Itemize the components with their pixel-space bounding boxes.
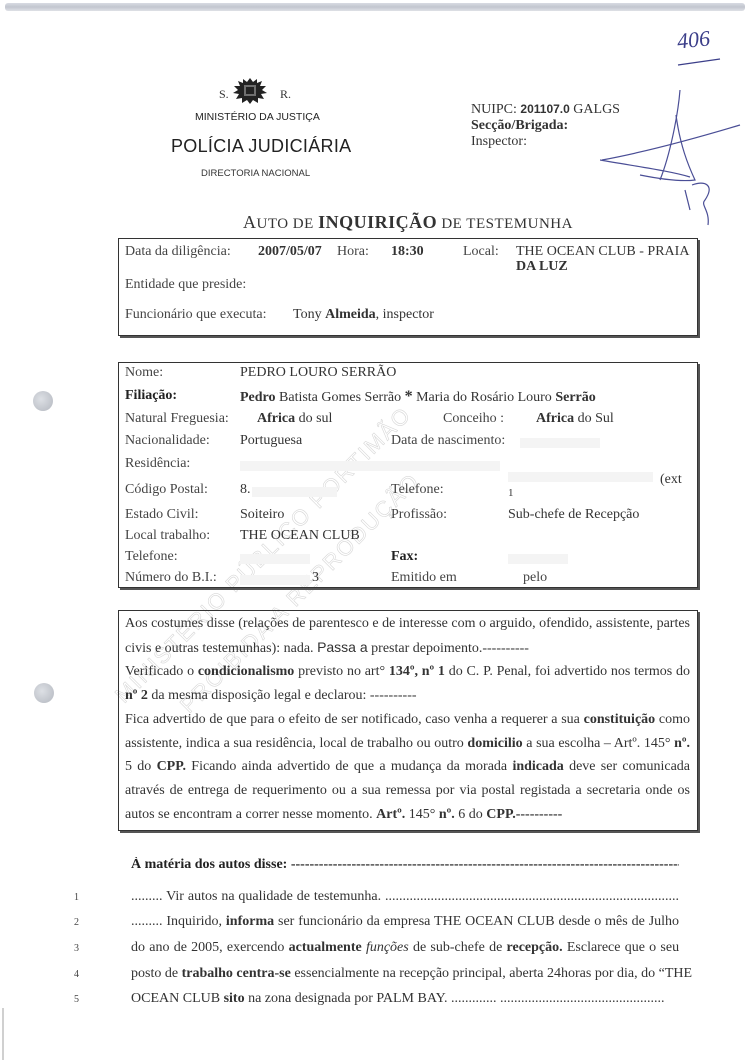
civil-status-value: Soiteiro	[240, 507, 284, 523]
text-run: Passa a	[317, 639, 368, 655]
handwritten-page-number: 406	[676, 25, 712, 54]
text-run: do C. P. Penal, foi advertido nos termos…	[445, 664, 690, 679]
line-number: 5	[74, 994, 79, 1005]
redacted-residence	[240, 461, 500, 471]
testimony-line: ......... Vir autos na qualidade de test…	[131, 889, 679, 905]
phone-label: Telefone:	[391, 482, 444, 498]
name-label: Nome:	[125, 365, 163, 381]
line-number: 2	[74, 917, 79, 928]
residence-label: Residência:	[125, 456, 190, 472]
section-label: Secção/Brigada:	[471, 118, 568, 133]
handwritten-signature	[600, 85, 750, 235]
text-run: 5 do	[125, 759, 157, 774]
time-label: Hora:	[337, 244, 369, 260]
line-number: 1	[74, 892, 79, 903]
text-run: condicionalismo	[198, 664, 294, 679]
text-run: da mesma disposição legal e declarou: --…	[148, 688, 417, 703]
place-value: THE OCEAN CLUB - PRAIA	[516, 244, 689, 260]
text-run: Ficando ainda advertido de que a mudança…	[186, 759, 512, 774]
text-run: a sua escolha – Artº. 145°	[523, 736, 674, 751]
redacted-postal-code	[252, 487, 337, 497]
workplace-value: THE OCEAN CLUB	[240, 528, 360, 544]
phone-ext-value: 1	[508, 487, 514, 499]
document-title: AUTO DE INQUIRIÇÃO DE TESTEMUNHA	[243, 212, 573, 233]
nuipc-line: NUIPC: 201107.0 GALGS	[471, 101, 620, 118]
testimony-line: OCEAN CLUB sito na zona designada por PA…	[131, 991, 679, 1007]
mother-rest: Maria do Rosário Louro	[413, 390, 556, 405]
title-initial: A	[243, 212, 257, 232]
parents-label: Filiação:	[125, 388, 177, 404]
officer-first: Tony	[293, 307, 325, 322]
separator: *	[405, 388, 413, 405]
county-bold: Africa	[536, 411, 574, 426]
profession-value: Sub-chefe de Recepção	[508, 507, 639, 523]
agency-name: POLÍCIA JUDICIÁRIA	[171, 136, 351, 157]
birthdate-label: Data de nascimento:	[391, 433, 505, 449]
redacted-id-number	[240, 575, 310, 585]
conditions-paragraph: Verificado o condicionalismo previsto no…	[125, 660, 690, 707]
officer-label: Funcionário que executa:	[125, 307, 267, 323]
text-run: Fica advertido de que para o efeito de s…	[125, 712, 584, 727]
text-run: 6 do	[455, 807, 487, 822]
profession-label: Profissão:	[391, 507, 447, 523]
text-run: nº.	[674, 736, 690, 751]
officer-role: , inspector	[376, 307, 434, 322]
page-number-underline	[676, 57, 726, 67]
text-run: previsto no art°	[294, 664, 389, 679]
nuipc-number: 201107.0	[520, 102, 569, 116]
name-value: PEDRO LOURO SERRÃO	[240, 365, 396, 381]
nationality-label: Nacionalidade:	[125, 433, 210, 449]
time-value: 18:30	[391, 244, 424, 260]
work-phone-label: Telefone:	[125, 549, 178, 565]
crest-left-letter: S.	[219, 87, 229, 102]
father-first: Pedro	[240, 390, 276, 405]
redacted-fax	[508, 554, 568, 564]
text-run: nº 2	[125, 688, 148, 703]
officer-name: Tony Almeida, inspector	[293, 307, 434, 323]
redacted-phone	[508, 472, 653, 482]
nuipc-label: NUIPC:	[471, 102, 517, 117]
place-value-cont: DA LUZ	[516, 259, 568, 275]
title-part: DE TESTEMUNHA	[437, 216, 573, 232]
parish-rest: do sul	[295, 411, 332, 426]
county-value: Africa do Sul	[536, 411, 614, 427]
parents-value: Pedro Batista Gomes Serrão * Maria do Ro…	[240, 388, 596, 406]
postal-label: Código Postal:	[125, 482, 208, 498]
officer-last: Almeida	[325, 307, 376, 322]
text-run: CPP.	[157, 759, 186, 774]
legal-warnings-text: Aos costumes disse (relações de parentes…	[125, 612, 690, 826]
county-label: Conceiho :	[443, 411, 504, 427]
text-run: 134º, nº 1	[389, 664, 445, 679]
text-run: nº.	[439, 807, 455, 822]
parish-bold: Africa	[257, 411, 295, 426]
county-rest: do Sul	[574, 411, 614, 426]
presiding-label: Entidade que preside:	[125, 277, 246, 293]
text-run: domicilio	[467, 736, 522, 751]
father-rest: Batista Gomes Serrão	[276, 390, 402, 405]
redacted-work-phone	[240, 554, 310, 564]
notification-paragraph: Fica advertido de que para o efeito de s…	[125, 708, 690, 827]
postal-value: 8.	[240, 482, 251, 498]
civil-status-label: Estado Civil:	[125, 507, 199, 523]
scan-edge-left	[2, 1008, 4, 1060]
date-value: 2007/05/07	[258, 244, 322, 260]
text-run: CPP.----------	[486, 807, 562, 822]
text-run: constituição	[584, 712, 656, 727]
id-number-visible: 3	[312, 570, 319, 586]
testimony-line: ......... Inquirido, informa ser funcion…	[131, 914, 679, 930]
punch-hole	[33, 391, 53, 411]
case-reference-block: NUIPC: 201107.0 GALGS Secção/Brigada: In…	[471, 101, 620, 150]
ministry-name: MINISTÉRIO DA JUSTIÇA	[195, 111, 320, 123]
testimony-heading: À matéria dos autos disse: -------------…	[131, 857, 679, 873]
line-number: 4	[74, 969, 79, 980]
workplace-label: Local trabalho:	[125, 528, 210, 544]
inspector-label: Inspector:	[471, 134, 620, 150]
redacted-birthdate	[520, 438, 600, 448]
testimony-line: do ano de 2005, exercendo actualmente fu…	[131, 940, 679, 956]
mother-last: Serrão	[555, 390, 595, 405]
parish-value: Africa do sul	[257, 411, 332, 427]
id-number-label: Número do B.I.:	[125, 570, 217, 586]
nationality-value: Portuguesa	[240, 433, 302, 449]
directorate-name: DIRECTORIA NACIONAL	[201, 168, 310, 179]
date-label: Data da diligência:	[125, 244, 231, 260]
text-run: Verificado o	[125, 664, 198, 679]
issued-label: Emitido em	[391, 570, 457, 586]
phone-ext: (ext	[660, 472, 682, 488]
text-run: prestar depoimento.----------	[368, 641, 529, 656]
text-run: 145°	[405, 807, 439, 822]
coat-of-arms-icon	[232, 78, 268, 104]
scan-edge	[5, 3, 745, 11]
text-run: indicada	[512, 759, 563, 774]
title-part: UTO DE	[257, 216, 319, 232]
punch-hole	[34, 683, 54, 703]
customs-paragraph: Aos costumes disse (relações de parentes…	[125, 612, 690, 660]
issued-by-label: pelo	[523, 570, 547, 586]
text-run: Artº.	[376, 807, 405, 822]
parish-label: Natural Freguesia:	[125, 411, 229, 427]
crest-right-letter: R.	[280, 87, 291, 102]
fax-label: Fax:	[391, 549, 418, 565]
testimony-line: posto de trabalho centra-se essencialmen…	[131, 966, 679, 982]
title-bold: INQUIRIÇÃO	[318, 212, 437, 232]
line-number: 3	[74, 943, 79, 954]
place-label: Local:	[463, 244, 499, 260]
